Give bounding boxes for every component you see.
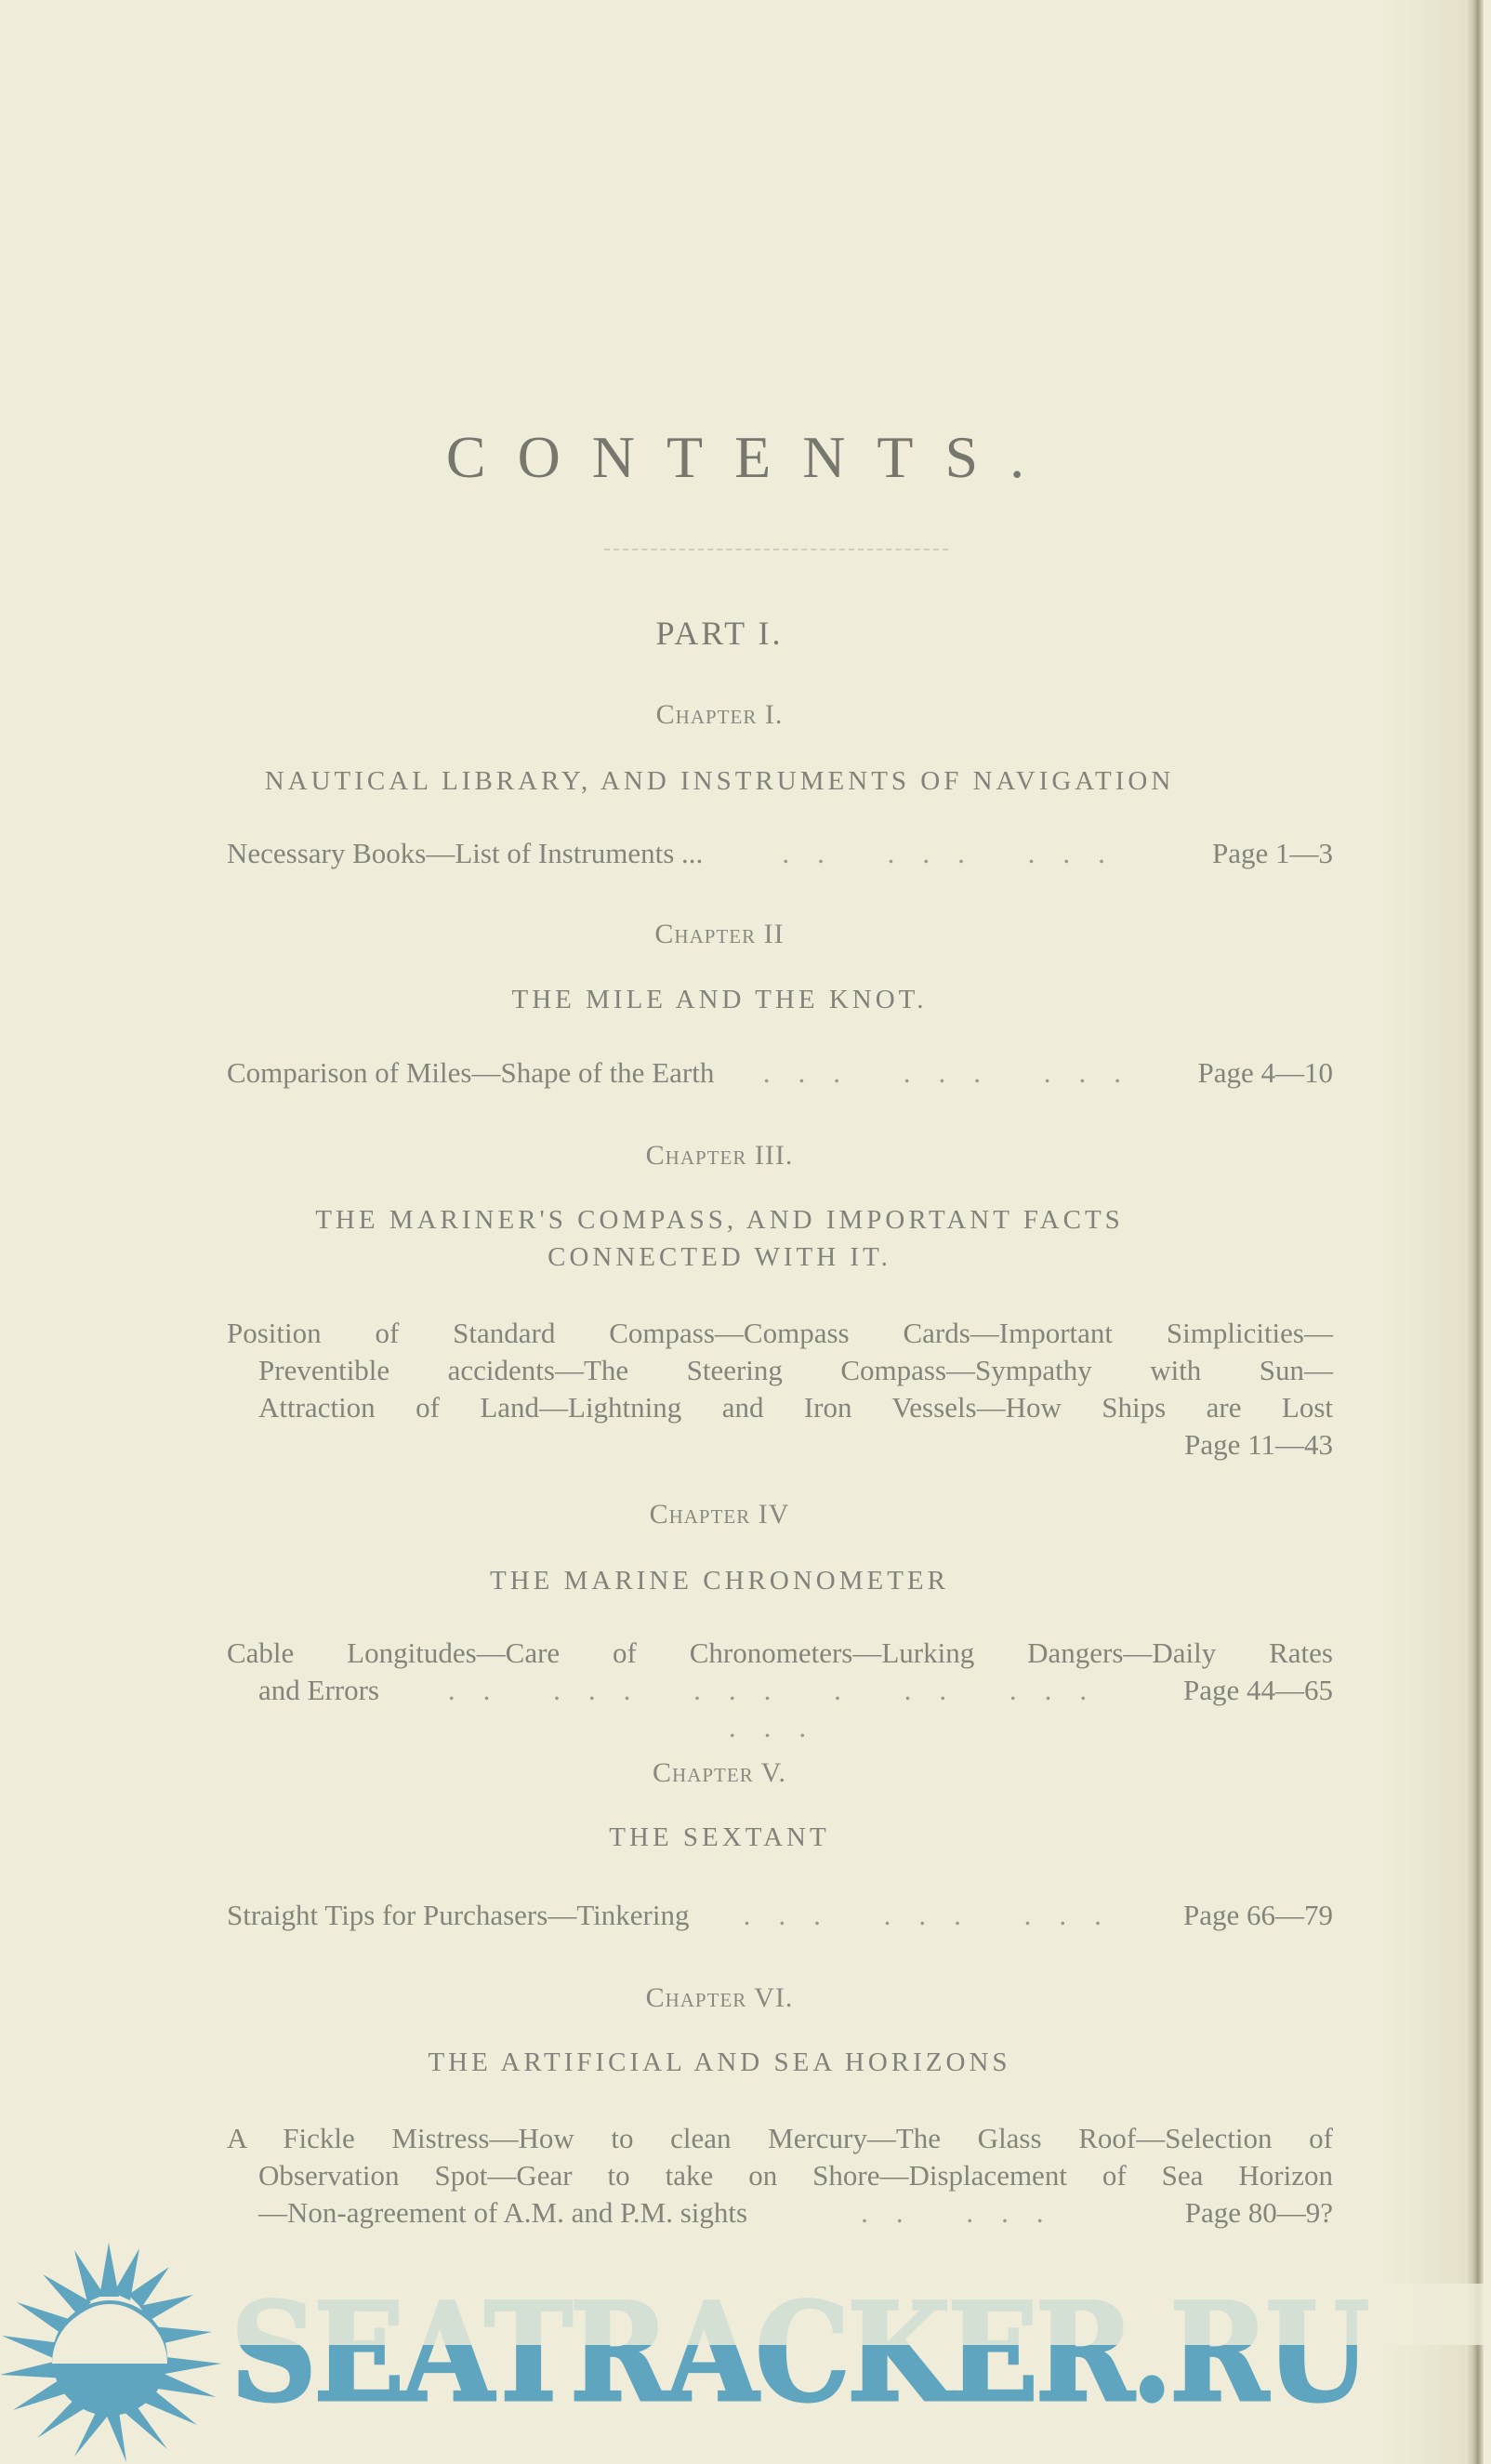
chapter-title: THE MARINER'S COMPASS, AND IMPORTANT FAC… — [0, 1201, 1439, 1276]
leader-dots: .. ... ... . .. ... ... — [379, 1672, 1183, 1746]
entry-text: Straight Tips for Purchasers—Tinkering — [227, 1897, 689, 1934]
page-range: Page 1—3 — [1212, 835, 1333, 872]
leader-dots: .. ... ... — [703, 835, 1212, 872]
page-range: Page 4—10 — [1197, 1054, 1333, 1092]
chapter-title: THE ARTIFICIAL AND SEA HORIZONS — [0, 2044, 1439, 2081]
entry-text: Preventible accidents—The Steering Compa… — [227, 1352, 1333, 1389]
watermark-text: SEATRACKER.RU — [231, 2284, 1491, 2423]
chapter-title: THE MARINE CHRONOMETER — [0, 1562, 1439, 1599]
chapter-title-line: THE MARINER'S COMPASS, AND IMPORTANT FAC… — [0, 1201, 1439, 1239]
chapter-entry: A Fickle Mistress—How to clean Mercury—T… — [227, 2120, 1333, 2232]
chapter-label: Chapter V. — [0, 1757, 1439, 1789]
chapter-entry: Cable Longitudes—Care of Chronometers—Lu… — [227, 1635, 1333, 1746]
page-range: Page 66—79 — [1183, 1897, 1333, 1934]
leader-dots: ... ... ... — [689, 1897, 1183, 1934]
page-range: Page 80—9? — [1185, 2194, 1333, 2232]
chapter-label: Chapter IV — [0, 1499, 1439, 1530]
entry-text: —Non-agreement of A.M. and P.M. sights — [258, 2194, 747, 2232]
watermark-half-fill — [231, 2284, 1491, 2345]
chapter-label: Chapter I. — [0, 699, 1439, 731]
chapter-entry: Comparison of Miles—Shape of the Earth .… — [227, 1054, 1333, 1092]
entry-text: Necessary Books—List of Instruments ... — [227, 835, 703, 872]
chapter-label: Chapter II — [0, 919, 1439, 950]
chapter-label: Chapter VI. — [0, 1982, 1439, 2014]
page-range: Page 11—43 — [227, 1426, 1333, 1464]
chapter-title-line: CONNECTED WITH IT. — [0, 1239, 1439, 1276]
page-title: CONTENTS. — [0, 423, 1471, 492]
leader-dots: ... ... ... — [714, 1054, 1197, 1092]
chapter-entry: Position of Standard Compass—Compass Car… — [227, 1315, 1333, 1464]
entry-text: A Fickle Mistress—How to clean Mercury—T… — [227, 2120, 1333, 2157]
chapter-label: Chapter III. — [0, 1140, 1439, 1172]
chapter-title: THE MILE AND THE KNOT. — [0, 981, 1439, 1018]
entry-text: and Errors — [258, 1672, 379, 1746]
entry-text: Position of Standard Compass—Compass Car… — [227, 1315, 1333, 1352]
chapter-entry: Straight Tips for Purchasers—Tinkering .… — [227, 1897, 1333, 1934]
entry-text: Cable Longitudes—Care of Chronometers—Lu… — [227, 1635, 1333, 1672]
sun-horizon-icon — [0, 2241, 223, 2464]
page-edge — [1465, 0, 1484, 2464]
part-heading: PART I. — [0, 614, 1439, 653]
entry-text: Observation Spot—Gear to take on Shore—D… — [227, 2157, 1333, 2194]
entry-text: Comparison of Miles—Shape of the Earth — [227, 1054, 714, 1092]
page-range: Page 44—65 — [1183, 1672, 1333, 1746]
chapter-title: THE SEXTANT — [0, 1819, 1439, 1856]
chapter-entry: Necessary Books—List of Instruments ... … — [227, 835, 1333, 872]
watermark: SEATRACKER.RU — [0, 2241, 1491, 2464]
chapter-title: NAUTICAL LIBRARY, AND INSTRUMENTS OF NAV… — [0, 762, 1439, 800]
title-separator — [604, 549, 948, 550]
entry-text: Attraction of Land—Lightning and Iron Ve… — [227, 1389, 1333, 1426]
leader-dots: .. ... — [747, 2194, 1185, 2232]
